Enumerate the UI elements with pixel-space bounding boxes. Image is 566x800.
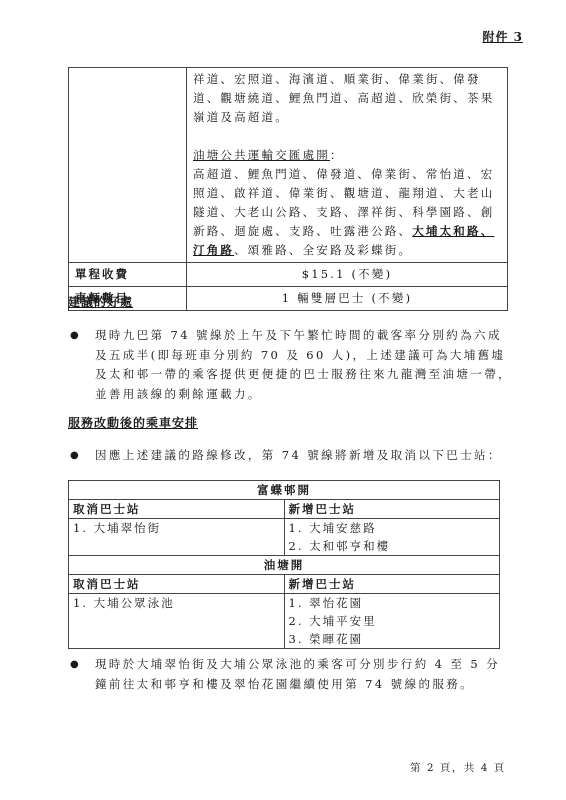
header-row: 取消巴士站 新增巴士站 — [69, 500, 500, 519]
vehicle-row: 車輛數目 1 輛雙層巴士 (不變) — [69, 287, 508, 311]
stop-item: 1. 大埔翠怡街 — [73, 519, 280, 537]
cancel-header: 取消巴士站 — [69, 500, 285, 519]
vehicle-value: 1 輛雙層巴士 (不變) — [187, 287, 508, 311]
header-row: 取消巴士站 新增巴士站 — [69, 575, 500, 594]
continued-route-text: 祥道、宏照道、海濱道、順業街、偉業街、偉發道、觀塘繞道、鯉魚門道、高超道、欣榮街… — [193, 70, 501, 127]
add-header: 新增巴士站 — [284, 500, 500, 519]
route-details-table: 祥道、宏照道、海濱道、順業街、偉業街、偉發道、觀塘繞道、鯉魚門道、高超道、欣榮街… — [68, 67, 508, 311]
section-title-row: 富蝶邨開 — [69, 481, 500, 500]
arrangements-intro-text: 因應上述建議的路線修改，第 74 號線將新增及取消以下巴士站： — [95, 446, 513, 466]
route-text-cell: 祥道、宏照道、海濱道、順業街、偉業街、偉發道、觀塘繞道、鯉魚門道、高超道、欣榮街… — [187, 68, 508, 263]
stop-item: 3. 榮暉花園 — [289, 630, 496, 648]
annex-label: 附件 3 — [482, 28, 523, 45]
section-title-yau-tong: 油塘開 — [69, 556, 500, 575]
closing-text: 現時於大埔翠怡街及大埔公眾泳池的乘客可分別步行約 4 至 5 分鐘前往太和邨亨和… — [95, 655, 513, 694]
yau-tong-route-text: 高超道、鯉魚門道、偉發道、偉業街、常怡道、宏照道、啟祥道、偉業街、觀塘道、龍翔道… — [193, 165, 501, 260]
bullet-icon: ● — [68, 655, 95, 694]
added-stops: 1. 翠怡花園 2. 大埔平安里 3. 榮暉花園 — [284, 594, 500, 649]
section-title-row: 油塘開 — [69, 556, 500, 575]
closing-bullet: ● 現時於大埔翠怡街及大埔公眾泳池的乘客可分別步行約 4 至 5 分鐘前往太和邨… — [68, 655, 513, 694]
benefits-heading: 建議的好處 — [68, 293, 133, 310]
benefits-text: 現時九巴第 74 號線於上午及下午繁忙時間的載客率分別約為六成及五成半(即每班車… — [95, 326, 513, 404]
cancelled-stops: 1. 大埔翠怡街 — [69, 519, 285, 556]
stops-row: 1. 大埔翠怡街 1. 大埔安慈路 2. 太和邨亨和樓 — [69, 519, 500, 556]
fare-row: 單程收費 $15.1 (不變) — [69, 263, 508, 287]
fare-value: $15.1 (不變) — [187, 263, 508, 287]
bus-stop-changes-table: 富蝶邨開 取消巴士站 新增巴士站 1. 大埔翠怡街 1. 大埔安慈路 2. 太和… — [68, 480, 500, 649]
page-indicator: 第 2 頁，共 4 頁 — [410, 760, 506, 775]
yau-tong-heading: 油塘公共運輸交匯處開 — [193, 148, 330, 162]
fare-label: 單程收費 — [69, 263, 187, 287]
heading-colon: ： — [330, 148, 344, 162]
route-label-cell — [69, 68, 187, 263]
benefits-bullet: ● 現時九巴第 74 號線於上午及下午繁忙時間的載客率分別約為六成及五成半(即每… — [68, 326, 513, 404]
add-header: 新增巴士站 — [284, 575, 500, 594]
stop-item: 2. 太和邨亨和樓 — [289, 537, 496, 555]
arrangements-intro-bullet: ● 因應上述建議的路線修改，第 74 號線將新增及取消以下巴士站： — [68, 446, 513, 466]
stop-item: 1. 翠怡花園 — [289, 594, 496, 612]
section-title-fu-tip: 富蝶邨開 — [69, 481, 500, 500]
stop-item: 1. 大埔公眾泳池 — [73, 594, 280, 612]
yau-tong-route-heading: 油塘公共運輸交匯處開： — [193, 146, 501, 165]
cancel-header: 取消巴士站 — [69, 575, 285, 594]
bullet-icon: ● — [68, 326, 95, 404]
arrangements-heading: 服務改動後的乘車安排 — [68, 414, 198, 431]
cancelled-stops: 1. 大埔公眾泳池 — [69, 594, 285, 649]
bullet-icon: ● — [68, 446, 95, 466]
stops-row: 1. 大埔公眾泳池 1. 翠怡花園 2. 大埔平安里 3. 榮暉花園 — [69, 594, 500, 649]
route-row: 祥道、宏照道、海濱道、順業街、偉業街、偉發道、觀塘繞道、鯉魚門道、高超道、欣榮街… — [69, 68, 508, 263]
added-stops: 1. 大埔安慈路 2. 太和邨亨和樓 — [284, 519, 500, 556]
stop-item: 2. 大埔平安里 — [289, 612, 496, 630]
route-text-part2: 、頌雅路、全安路及彩蝶街。 — [234, 243, 412, 257]
stop-item: 1. 大埔安慈路 — [289, 519, 496, 537]
